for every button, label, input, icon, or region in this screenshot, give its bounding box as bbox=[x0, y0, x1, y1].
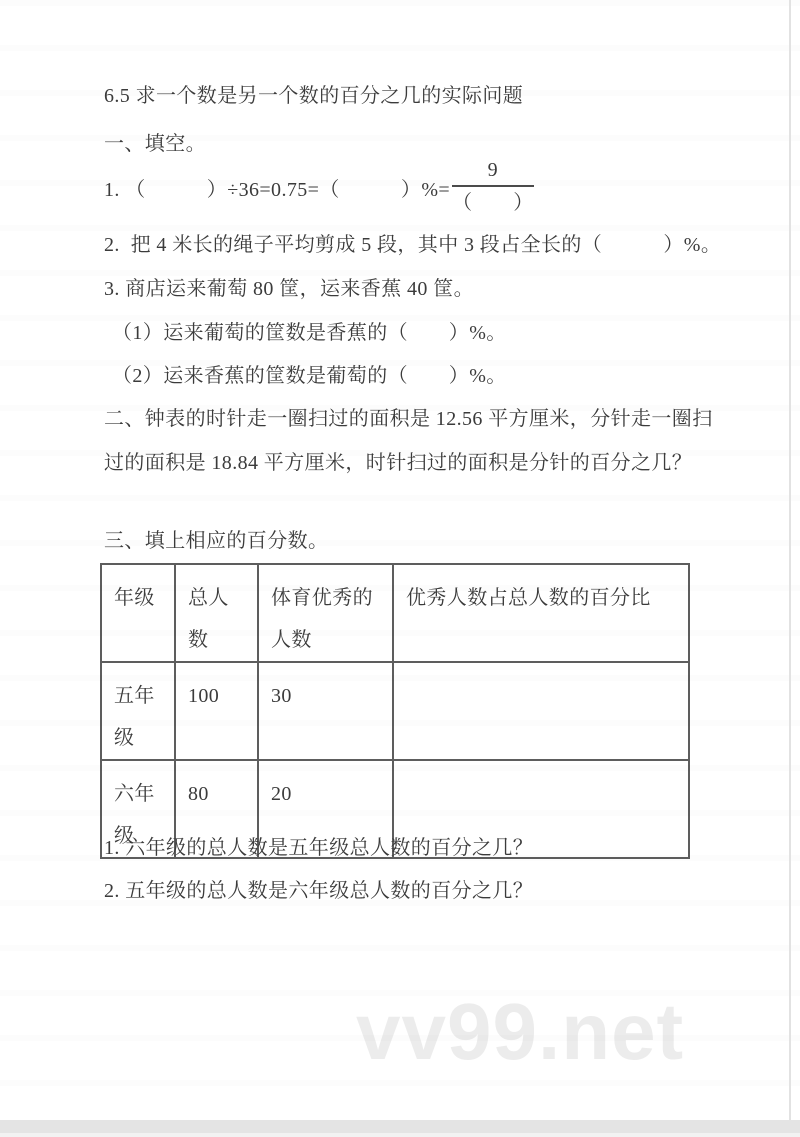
q1-prefix: 1. （ ）÷36=0.75=（ ）%= bbox=[104, 173, 450, 202]
fill-blank-question-2: 2. 把 4 米长的绳子平均剪成 5 段，其中 3 段占全长的（ ）%。 bbox=[104, 232, 721, 258]
header-total: 总人数 bbox=[175, 564, 258, 662]
section-two-line-2: 过的面积是 18.84 平方厘米，时针扫过的面积是分针的百分之几？ bbox=[104, 450, 692, 476]
page-title: 6.5 求一个数是另一个数的百分之几的实际问题 bbox=[104, 83, 523, 109]
table-row: 五年级 100 30 bbox=[101, 662, 689, 760]
question-3-sub-2: （2）运来香蕉的筐数是葡萄的（ ）%。 bbox=[112, 363, 507, 389]
fraction-numerator: 9 bbox=[452, 158, 534, 187]
table-header-row: 年级 总人数 体育优秀的人数 优秀人数占总人数的百分比 bbox=[101, 564, 689, 662]
section-three-heading: 三、填上相应的百分数。 bbox=[104, 528, 328, 554]
header-excellent: 体育优秀的人数 bbox=[258, 564, 393, 662]
table-question-2: 2. 五年级的总人数是六年级总人数的百分之几？ bbox=[104, 878, 533, 904]
fraction-denominator: （ ） bbox=[452, 187, 534, 216]
question-3-sub-1: （1）运来葡萄的筐数是香蕉的（ ）%。 bbox=[112, 320, 507, 346]
watermark: vv99.net bbox=[356, 986, 684, 1078]
cell-total-5: 100 bbox=[175, 662, 258, 760]
header-percentage: 优秀人数占总人数的百分比 bbox=[393, 564, 689, 662]
cell-percentage-5 bbox=[393, 662, 689, 760]
grade-percentage-table: 年级 总人数 体育优秀的人数 优秀人数占总人数的百分比 五年级 100 30 六… bbox=[100, 563, 690, 859]
fill-blank-question-1: 1. （ ）÷36=0.75=（ ）%= 9 （ ） bbox=[104, 158, 534, 216]
section-two-line-1: 二、钟表的时针走一圈扫过的面积是 12.56 平方厘米，分针走一圈扫 bbox=[104, 406, 713, 432]
worksheet-page: 6.5 求一个数是另一个数的百分之几的实际问题 一、填空。 1. （ ）÷36=… bbox=[0, 0, 800, 1137]
footer-strip-light bbox=[0, 1133, 800, 1137]
cell-excellent-5: 30 bbox=[258, 662, 393, 760]
table-question-1: 1. 六年级的总人数是五年级总人数的百分之几？ bbox=[104, 835, 533, 861]
header-grade: 年级 bbox=[101, 564, 175, 662]
footer-strip bbox=[0, 1120, 800, 1133]
fraction: 9 （ ） bbox=[452, 158, 534, 216]
cell-grade-5: 五年级 bbox=[101, 662, 175, 760]
fill-blank-question-3: 3. 商店运来葡萄 80 筐，运来香蕉 40 筐。 bbox=[104, 276, 474, 302]
section-one-heading: 一、填空。 bbox=[104, 131, 206, 157]
page-right-edge bbox=[789, 0, 791, 1137]
